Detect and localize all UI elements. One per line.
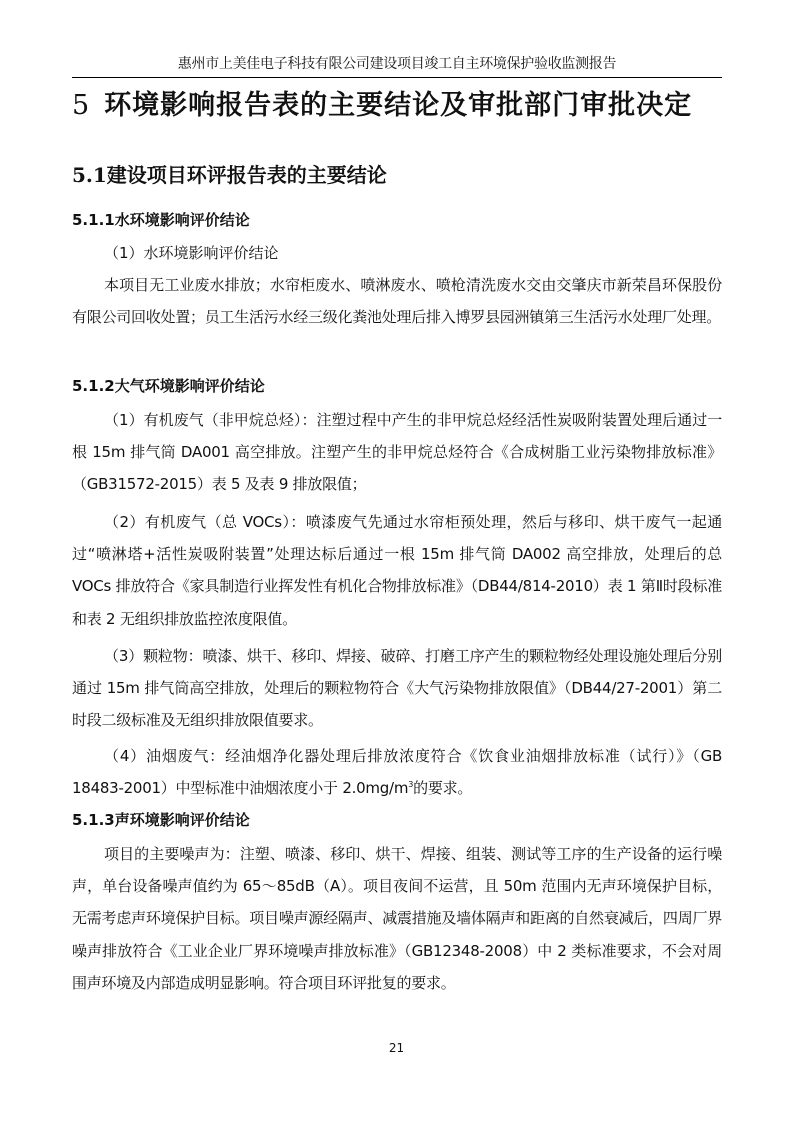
water-paragraph: 本项目无工业废水排放；水帘柜废水、喷淋废水、喷枪清洗废水交由交肇庆市新荣昌环保股… [72, 269, 722, 333]
water-subtitle: （1）水环境影响评价结论 [104, 241, 279, 265]
section-heading-5-1: 5.1建设项目环评报告表的主要结论 [72, 158, 387, 192]
page-number: 21 [0, 1040, 793, 1056]
chapter-heading: 5环境影响报告表的主要结论及审批部门审批决定 [72, 84, 732, 128]
chapter-title: 环境影响报告表的主要结论及审批部门审批决定 [104, 90, 692, 121]
air-item-4: （4）油烟废气：经油烟净化器处理后排放浓度符合《饮食业油烟排放标准（试行）》（G… [72, 740, 722, 804]
subsection-heading-5-1-3: 5.1.3声环境影响评价结论 [72, 808, 250, 832]
subsection-heading-5-1-2: 5.1.2大气环境影响评价结论 [72, 374, 265, 398]
chapter-number: 5 [72, 90, 90, 121]
running-header-title: 惠州市上美佳电子科技有限公司建设项目竣工自主环境保护验收监测报告 [178, 56, 616, 72]
running-header: 惠州市上美佳电子科技有限公司建设项目竣工自主环境保护验收监测报告 [72, 54, 722, 78]
air-item-3: （3）颗粒物：喷漆、烘干、移印、焊接、破碎、打磨工序产生的颗粒物经处理设施处理后… [72, 640, 722, 737]
air-item-2: （2）有机废气（总 VOCs）：喷漆废气先通过水帘柜预处理，然后与移印、烘干废气… [72, 506, 722, 635]
subsection-heading-5-1-1: 5.1.1水环境影响评价结论 [72, 208, 250, 232]
superscript-3: 3 [408, 780, 413, 789]
air-item-1: （1）有机废气（非甲烷总烃）：注塑过程中产生的非甲烷总烃经活性炭吸附装置处理后通… [72, 404, 722, 501]
noise-paragraph: 项目的主要噪声为：注塑、喷漆、移印、烘干、焊接、组装、测试等工序的生产设备的运行… [72, 838, 722, 999]
